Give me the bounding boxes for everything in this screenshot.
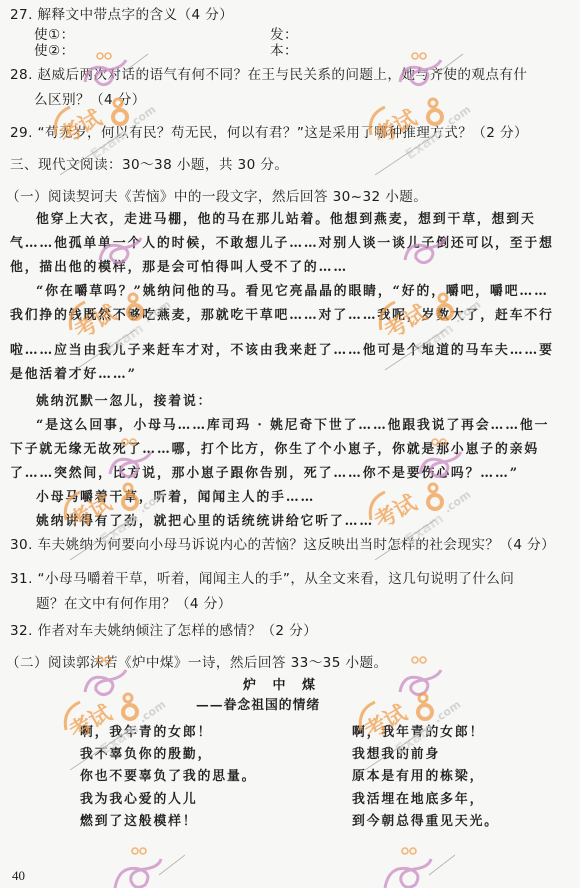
passage-line: “你在嚼草吗？”姚纳问他的马。看见它亮晶晶的眼睛，“好的，嚼吧，嚼吧…… bbox=[36, 283, 549, 301]
svg-text:.com: .com bbox=[431, 698, 463, 726]
section-3-heading: 三、现代文阅读：30～38 小题，共 30 分。 bbox=[10, 156, 288, 174]
poem-right-line: 到今朝总得重见天光。 bbox=[352, 813, 499, 831]
passage-line: 啦……应当由我儿子来赶车才对，不该由我来赶了……他可是个地道的马车夫……要 bbox=[10, 342, 554, 360]
poem-subtitle: ——眷念祖国的情绪 bbox=[196, 697, 320, 715]
part2-heading: （二）阅读郭沫若《炉中煤》一诗，然后回答 33～35 小题。 bbox=[6, 654, 388, 672]
passage-line: 姚纳讲得有了劲，就把心里的话统统讲给它听了…… bbox=[36, 513, 374, 531]
q27-item-shi2: 使②： bbox=[34, 42, 75, 60]
question-32: 32. 作者对车夫姚纳倾注了怎样的感情？（2 分） bbox=[10, 622, 317, 640]
passage-line: 气……他孤单单一个人的时候，不敢想儿子……对别人谈一谈儿子倒还可以，至于想 bbox=[10, 235, 554, 253]
poem-left-line: 我不辜负你的殷勤， bbox=[80, 746, 212, 764]
question-27: 27. 解释文中带点字的含义（4 分） bbox=[10, 6, 233, 24]
question-28: 28. 赵威后两次对话的语气有何不同？在王与民关系的问题上，她与齐使的观点有什 bbox=[10, 66, 527, 84]
poem-left-line: 我为我心爱的人儿 bbox=[80, 791, 198, 809]
poem-left-line: 燃到了这般模样！ bbox=[80, 813, 198, 831]
poem-right-line: 原本是有用的栋梁， bbox=[352, 768, 484, 786]
poem-title: 炉 中 煤 bbox=[243, 677, 321, 695]
passage-line: 是他活着才好……” bbox=[10, 366, 137, 384]
watermark-logo-icon bbox=[375, 845, 455, 888]
poem-right-line: 我想我的前身 bbox=[352, 746, 440, 764]
poem-left-line: 你也不要辜负了我的思量。 bbox=[80, 768, 256, 786]
exam-page: 27. 解释文中带点字的含义（4 分） 使①： 使②： 发： 本： 28. 赵威… bbox=[0, 0, 580, 888]
question-28-cont: 么区别？（4 分） bbox=[34, 91, 146, 109]
poem-right-line: 啊，我年青的女郎！ bbox=[352, 724, 484, 742]
poem-left-line: 啊，我年青的女郎！ bbox=[80, 724, 212, 742]
watermark-logo-icon bbox=[395, 650, 465, 700]
passage-line: “是这么回事，小母马……库司玛 · 姚尼奇下世了……他跟我说了再会……他一 bbox=[36, 417, 549, 435]
q27-item-ben: 本： bbox=[270, 42, 298, 60]
passage-line: 下子就无缘无故死了……哪，打个比方，你生了个小崽子，你就是那小崽子的亲妈 bbox=[10, 441, 539, 459]
passage-line: 小母马嚼着干草，听着，闻闻主人的手…… bbox=[36, 489, 315, 507]
poem-right-line: 我活埋在地底多年， bbox=[352, 791, 484, 809]
question-30: 30. 车夫姚纳为何要向小母马诉说内心的苦恼？这反映出当时怎样的社会现实？（4 … bbox=[10, 536, 555, 554]
passage-line: 了……突然间，比方说，那小崽子跟你告别，死了……你不是要伤心吗？……” bbox=[10, 465, 519, 483]
question-31-cont: 题？在文中有何作用？（4 分） bbox=[36, 595, 232, 613]
watermark-logo-icon bbox=[105, 845, 185, 888]
svg-text:考试: 考试 bbox=[370, 490, 421, 535]
passage-line: 我们挣的钱既然不够吃燕麦，那就吃干草吧……对了……我呢，岁数大了，赶车不行 bbox=[10, 307, 554, 325]
svg-text:.com: .com bbox=[441, 488, 473, 516]
page-number: 40 bbox=[12, 867, 25, 885]
question-29: 29. “苟无岁，何以有民？苟无民，何以有君？”这是采用了哪种推理方式？（2 分… bbox=[10, 124, 528, 142]
svg-text:.com: .com bbox=[136, 698, 168, 726]
question-31: 31. “小母马嚼着干草，听着，闻闻主人的手”，从全文来看，这几句说明了什么问 bbox=[10, 570, 514, 588]
part1-heading: （一）阅读契诃夫《苦恼》中的一段文字，然后回答 30~32 小题。 bbox=[6, 188, 427, 206]
passage-line: 他，描出他的模样，那是会可怕得叫人受不了的…… bbox=[10, 259, 348, 277]
passage-line: 姚纳沉默一忽儿，接着说： bbox=[36, 393, 212, 411]
passage-line: 他穿上大衣，走进马棚，他的马在那儿站着。他想到燕麦，想到干草，想到天 bbox=[36, 211, 536, 229]
